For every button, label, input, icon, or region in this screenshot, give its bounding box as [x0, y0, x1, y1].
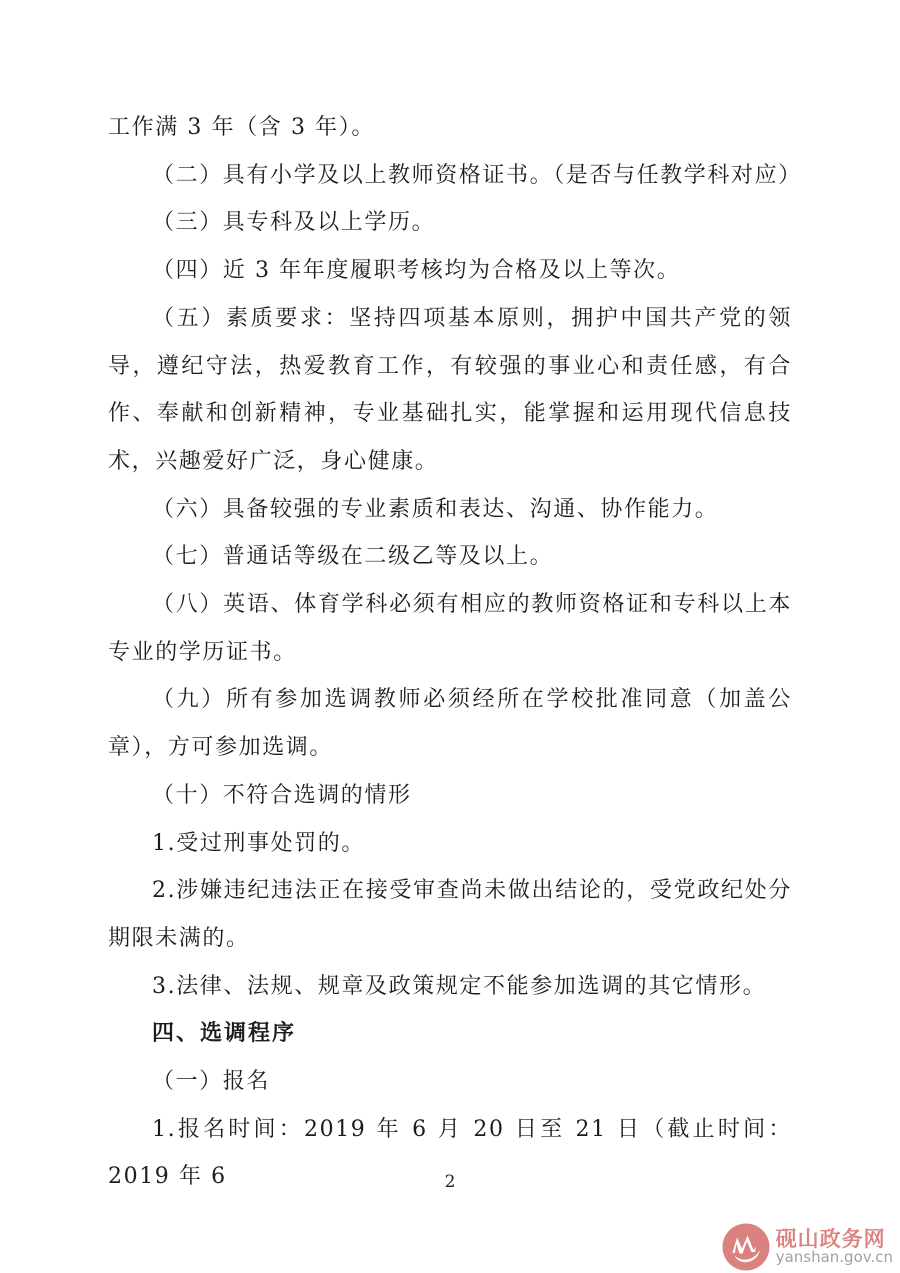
- paragraph: 2.涉嫌违纪违法正在接受审查尚未做出结论的，受党政纪处分期限未满的。: [108, 867, 792, 962]
- paragraph: 3.法律、法规、规章及政策规定不能参加选调的其它情形。: [108, 963, 792, 1011]
- paragraph: 1.受过刑事处罚的。: [108, 820, 792, 868]
- site-watermark: 砚山政务网 yanshan.gov.cn: [722, 1223, 893, 1271]
- site-name: 砚山政务网: [776, 1228, 893, 1250]
- paragraph: （九）所有参加选调教师必须经所在学校批准同意（加盖公章），方可参加选调。: [108, 676, 792, 771]
- paragraph: 工作满 3 年（含 3 年）。: [108, 104, 792, 152]
- paragraph: （一）报名: [108, 1058, 792, 1106]
- paragraph: （六）具备较强的专业素质和表达、沟通、协作能力。: [108, 486, 792, 534]
- site-watermark-text: 砚山政务网 yanshan.gov.cn: [776, 1228, 893, 1266]
- paragraph: （七）普通话等级在二级乙等及以上。: [108, 533, 792, 581]
- paragraph: （二）具有小学及以上教师资格证书。（是否与任教学科对应）: [108, 152, 792, 200]
- paragraph: （八）英语、体育学科必须有相应的教师资格证和专科以上本专业的学历证书。: [108, 581, 792, 676]
- document-body: 工作满 3 年（含 3 年）。（二）具有小学及以上教师资格证书。（是否与任教学科…: [108, 104, 792, 1201]
- page-number: 2: [0, 1172, 900, 1192]
- paragraph: （三）具专科及以上学历。: [108, 199, 792, 247]
- section-heading: 四、选调程序: [108, 1010, 792, 1058]
- document-page: 工作满 3 年（含 3 年）。（二）具有小学及以上教师资格证书。（是否与任教学科…: [0, 0, 900, 1273]
- mountain-brush-icon: [722, 1223, 770, 1271]
- site-url: yanshan.gov.cn: [776, 1250, 893, 1266]
- paragraph: （五）素质要求：坚持四项基本原则，拥护中国共产党的领导，遵纪守法，热爱教育工作，…: [108, 295, 792, 486]
- paragraph: （十）不符合选调的情形: [108, 772, 792, 820]
- paragraph: （四）近 3 年年度履职考核均为合格及以上等次。: [108, 247, 792, 295]
